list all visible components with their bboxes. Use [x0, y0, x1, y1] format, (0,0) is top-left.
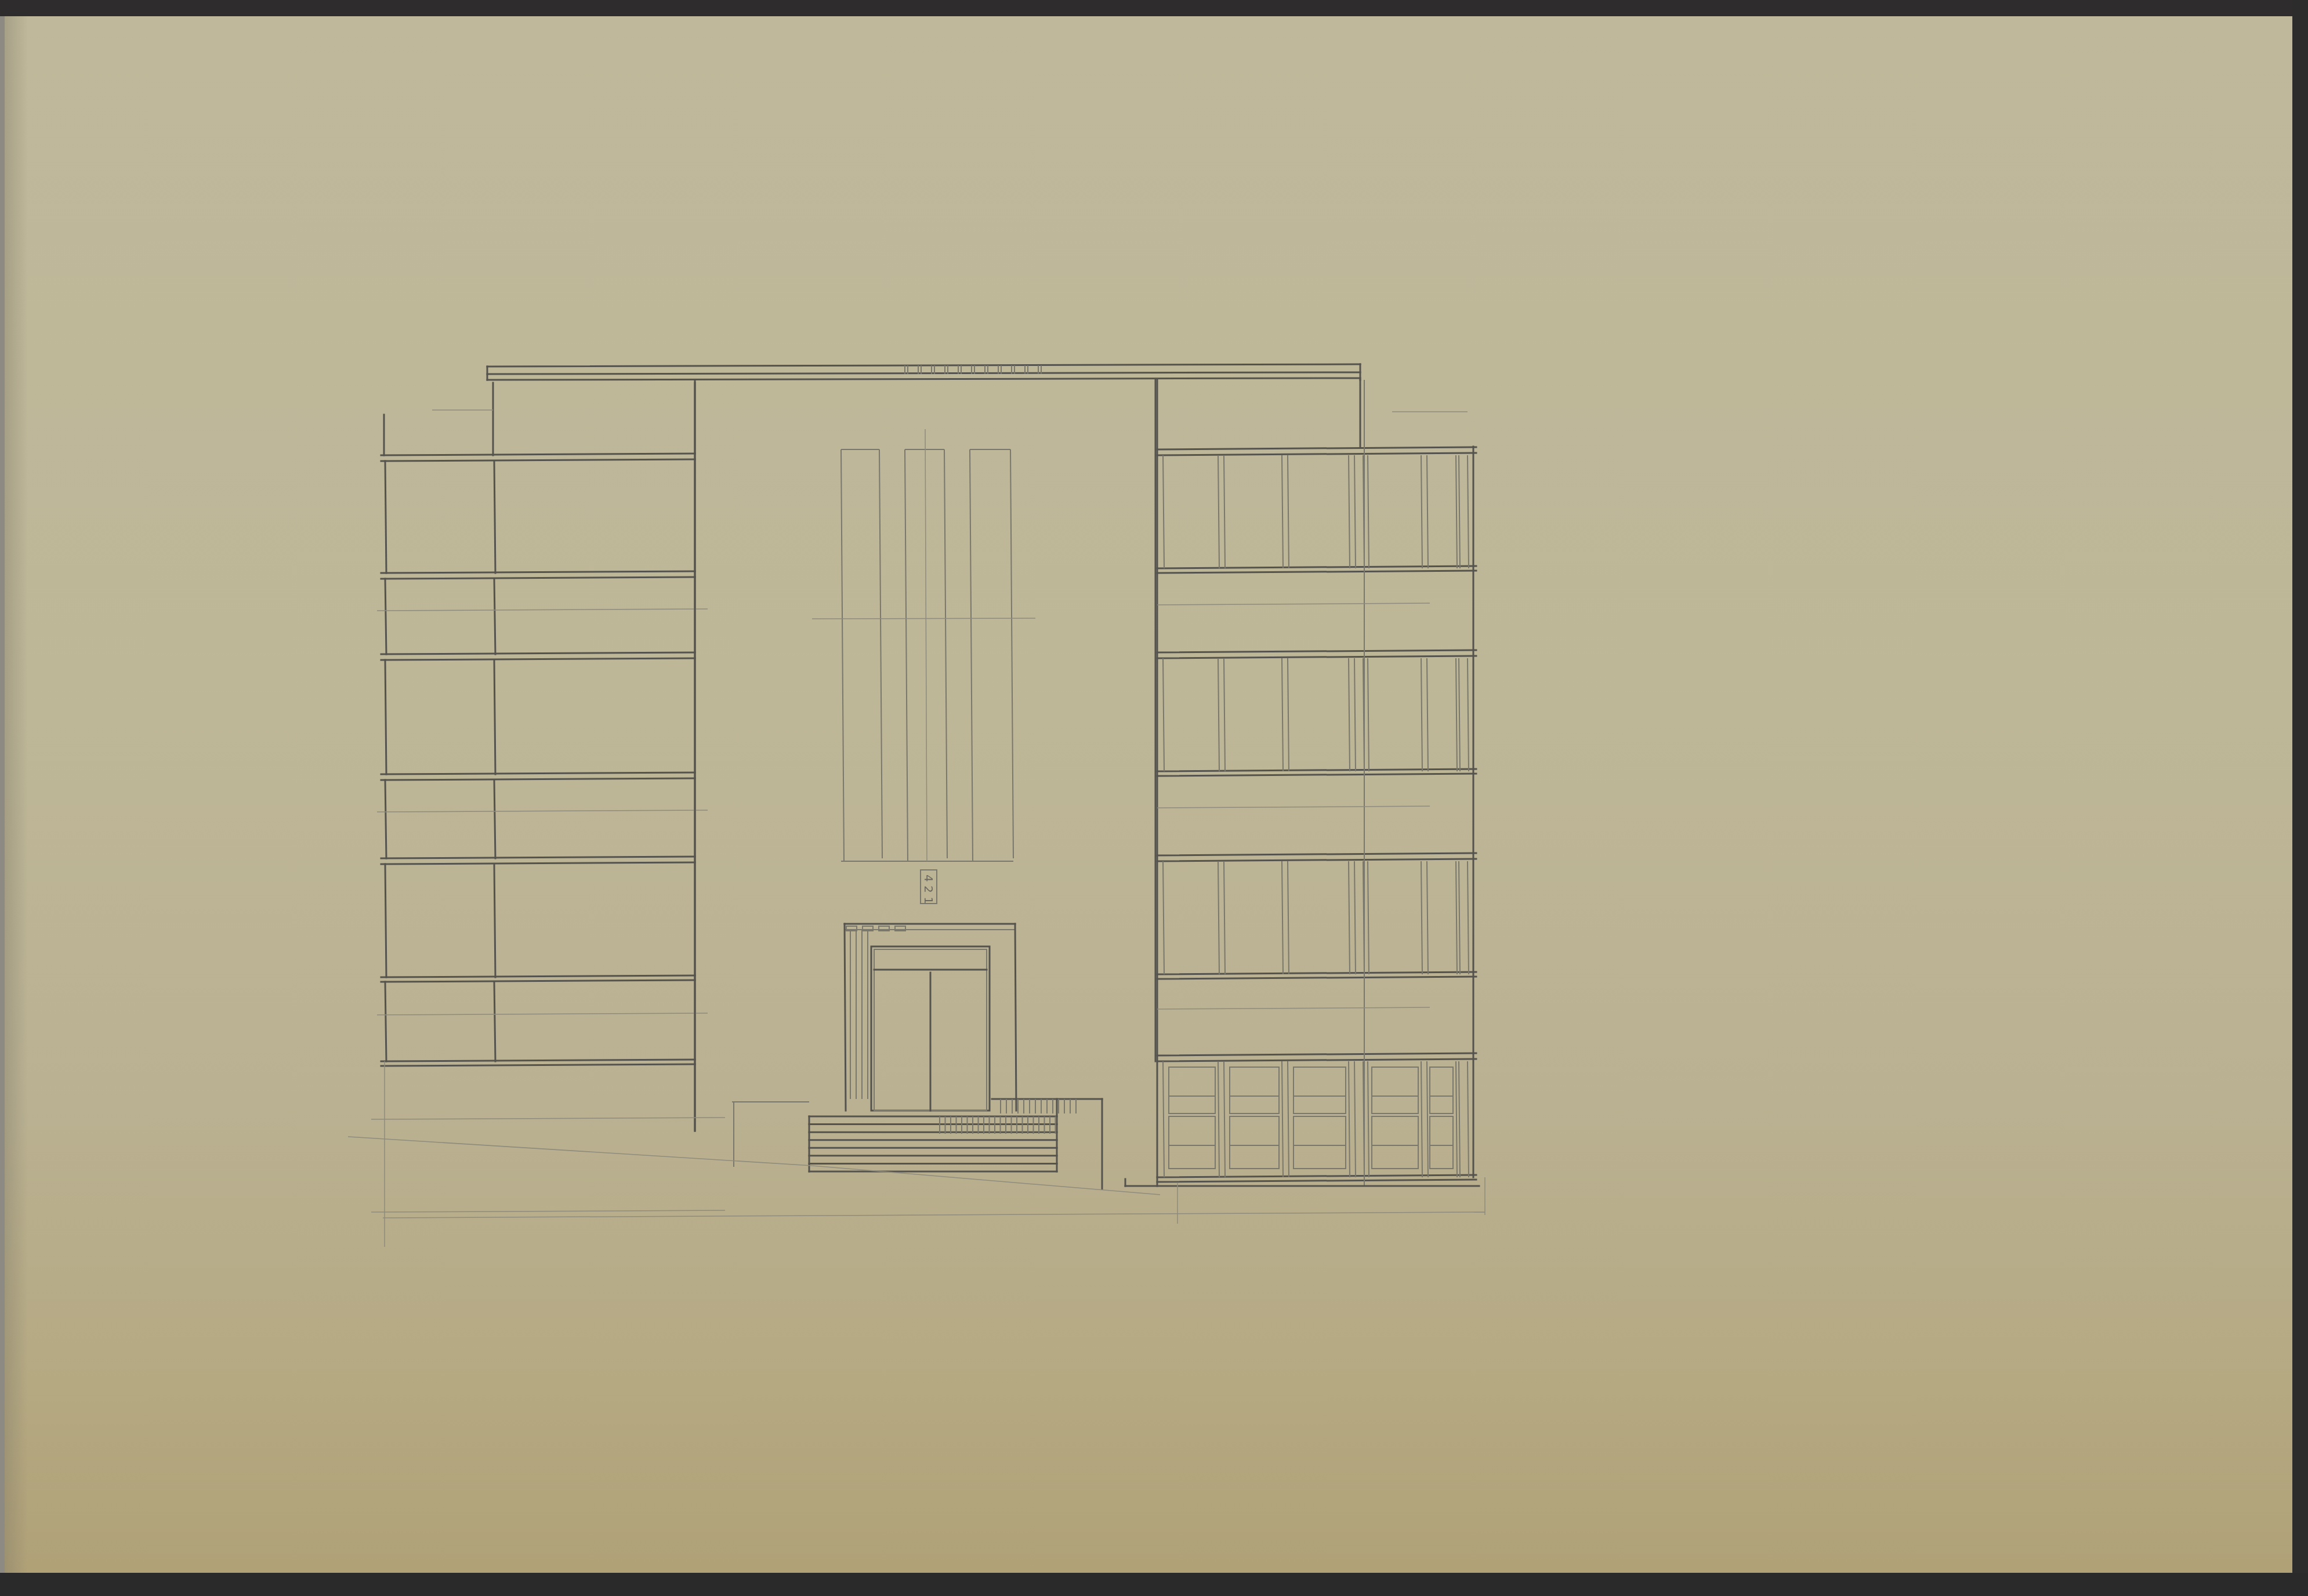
floor-line [381, 857, 695, 858]
drawing-sheet: 4 2 1 [0, 0, 2308, 1596]
window-mullion [1468, 1061, 1469, 1177]
tall-window-jamb [1010, 449, 1013, 858]
wall-edge [385, 982, 386, 1061]
window-pane-lower [1230, 1116, 1279, 1169]
entrance-portal [732, 924, 1102, 1189]
window-mullion [1282, 658, 1283, 771]
window-mullion [1421, 1061, 1422, 1177]
portal-jamb [1015, 924, 1016, 1111]
window-band-head [1157, 1059, 1476, 1061]
wall-edge [385, 780, 386, 858]
portal-jamb [845, 924, 846, 1111]
floor-line [381, 778, 695, 780]
floor-line [381, 1060, 695, 1061]
construction-line [377, 609, 708, 611]
bay-divider [494, 780, 495, 858]
window-pane-upper [1294, 1067, 1346, 1113]
construction-line [371, 1118, 725, 1119]
window-mullion [1468, 455, 1469, 568]
window-mullion [1468, 861, 1469, 974]
roof-parapet [487, 364, 1360, 380]
window-mullion [1459, 658, 1460, 771]
center-block [695, 380, 1155, 1131]
tall-window-jamb [879, 449, 882, 858]
window-pane-upper [1372, 1067, 1418, 1113]
grade-line [348, 1137, 812, 1166]
house-number-sign: 4 2 1 [921, 870, 937, 904]
floor-line [381, 975, 695, 977]
window-band-head [1157, 853, 1476, 855]
window-mullion [1354, 861, 1356, 974]
tall-window-jamb [970, 449, 973, 861]
center-axis [925, 429, 927, 861]
window-mullion [1224, 1061, 1225, 1177]
window-band-head [1157, 1053, 1476, 1055]
tall-window-jamb [841, 449, 844, 861]
floor-line [381, 658, 695, 660]
floor-line [381, 454, 695, 455]
tall-window-jamb [905, 449, 908, 861]
window-mullion [1349, 1061, 1350, 1177]
floor-line [381, 1064, 695, 1066]
window-mullion [1349, 455, 1350, 568]
window-mullion [1163, 455, 1164, 568]
base-line [383, 1212, 1485, 1218]
wall-edge [385, 660, 386, 774]
window-mullion [1282, 455, 1283, 568]
construction-line [377, 1013, 708, 1015]
window-mullion [1288, 658, 1289, 771]
window-band-head [1157, 447, 1476, 449]
window-mullion [1288, 455, 1289, 568]
window-pane-upper [1169, 1067, 1215, 1113]
window-mullion [1456, 1061, 1457, 1177]
window-mullion [1224, 658, 1225, 771]
pencil-line [487, 372, 1360, 374]
window-mullion [1218, 658, 1219, 771]
window-band-sill [1157, 571, 1476, 573]
construction-line [1157, 603, 1430, 605]
floor-line [381, 459, 695, 461]
window-mullion [1349, 861, 1350, 974]
construction-line [1157, 806, 1430, 808]
floor-line [381, 652, 695, 654]
window-pane-lower [1430, 1116, 1453, 1169]
window-mullion [1368, 1061, 1369, 1177]
window-mullion [1368, 658, 1369, 771]
window-mullion [1368, 455, 1369, 568]
wall-edge [385, 461, 386, 573]
window-mullion [1427, 455, 1428, 568]
window-band-sill [1157, 1180, 1476, 1182]
window-mullion [1459, 455, 1460, 568]
window-mullion [1288, 1061, 1289, 1177]
window-mullion [1456, 861, 1457, 974]
window-mullion [1459, 1061, 1460, 1177]
window-mullion [1468, 658, 1469, 771]
construction-line [812, 618, 1035, 619]
window-mullion [1282, 1061, 1283, 1177]
window-mullion [1354, 455, 1356, 568]
window-band-sill [1157, 977, 1476, 979]
window-mullion [1218, 455, 1219, 568]
window-mullion [1163, 1061, 1164, 1177]
window-mullion [1427, 861, 1428, 974]
window-mullion [1427, 1061, 1428, 1177]
bay-divider [494, 982, 495, 1061]
grade-line [812, 1166, 1160, 1195]
left-wing [377, 383, 708, 1131]
window-mullion [1368, 861, 1369, 974]
window-pane-upper [1430, 1067, 1453, 1113]
window-mullion [1218, 861, 1219, 974]
pencil-line [487, 378, 1360, 380]
window-band-sill [1157, 774, 1476, 776]
wall-edge [385, 864, 386, 977]
window-mullion [1354, 658, 1356, 771]
floor-line [381, 772, 695, 774]
window-band-head [1157, 650, 1476, 652]
window-mullion [1421, 455, 1422, 568]
window-mullion [1456, 658, 1457, 771]
window-mullion [1163, 861, 1164, 974]
elevation-drawing: 4 2 1 [0, 0, 2308, 1596]
window-pane-lower [1372, 1116, 1418, 1169]
window-mullion [1459, 861, 1460, 974]
window-mullion [1421, 861, 1422, 974]
bay-divider [494, 461, 495, 573]
bay-divider [494, 660, 495, 774]
ground-lines [348, 1061, 1485, 1247]
tall-window-jamb [944, 449, 947, 858]
window-mullion [1163, 658, 1164, 771]
bay-divider [494, 864, 495, 977]
window-band-head [1157, 859, 1476, 861]
pencil-line [487, 364, 1360, 367]
wall-edge [385, 579, 386, 654]
window-mullion [1288, 861, 1289, 974]
floor-line [381, 862, 695, 864]
window-mullion [1421, 658, 1422, 771]
bay-divider [494, 579, 495, 654]
window-pane-upper [1230, 1067, 1279, 1113]
floor-line [381, 980, 695, 982]
construction-line [1157, 1007, 1430, 1009]
window-mullion [1354, 1061, 1356, 1177]
window-mullion [1456, 455, 1457, 568]
window-mullion [1224, 455, 1225, 568]
construction-line [377, 810, 708, 812]
right-wing [1125, 380, 1479, 1186]
floor-line [381, 571, 695, 573]
house-number: 4 2 1 [922, 875, 936, 904]
floor-line [381, 577, 695, 579]
construction-line [371, 1210, 725, 1212]
window-band-head [1157, 656, 1476, 658]
window-pane-lower [1169, 1116, 1215, 1169]
window-mullion [1427, 658, 1428, 771]
window-mullion [1224, 861, 1225, 974]
window-band-head [1157, 453, 1476, 455]
window-mullion [1349, 658, 1350, 771]
window-mullion [1218, 1061, 1219, 1177]
window-mullion [1282, 861, 1283, 974]
window-pane-lower [1294, 1116, 1346, 1169]
